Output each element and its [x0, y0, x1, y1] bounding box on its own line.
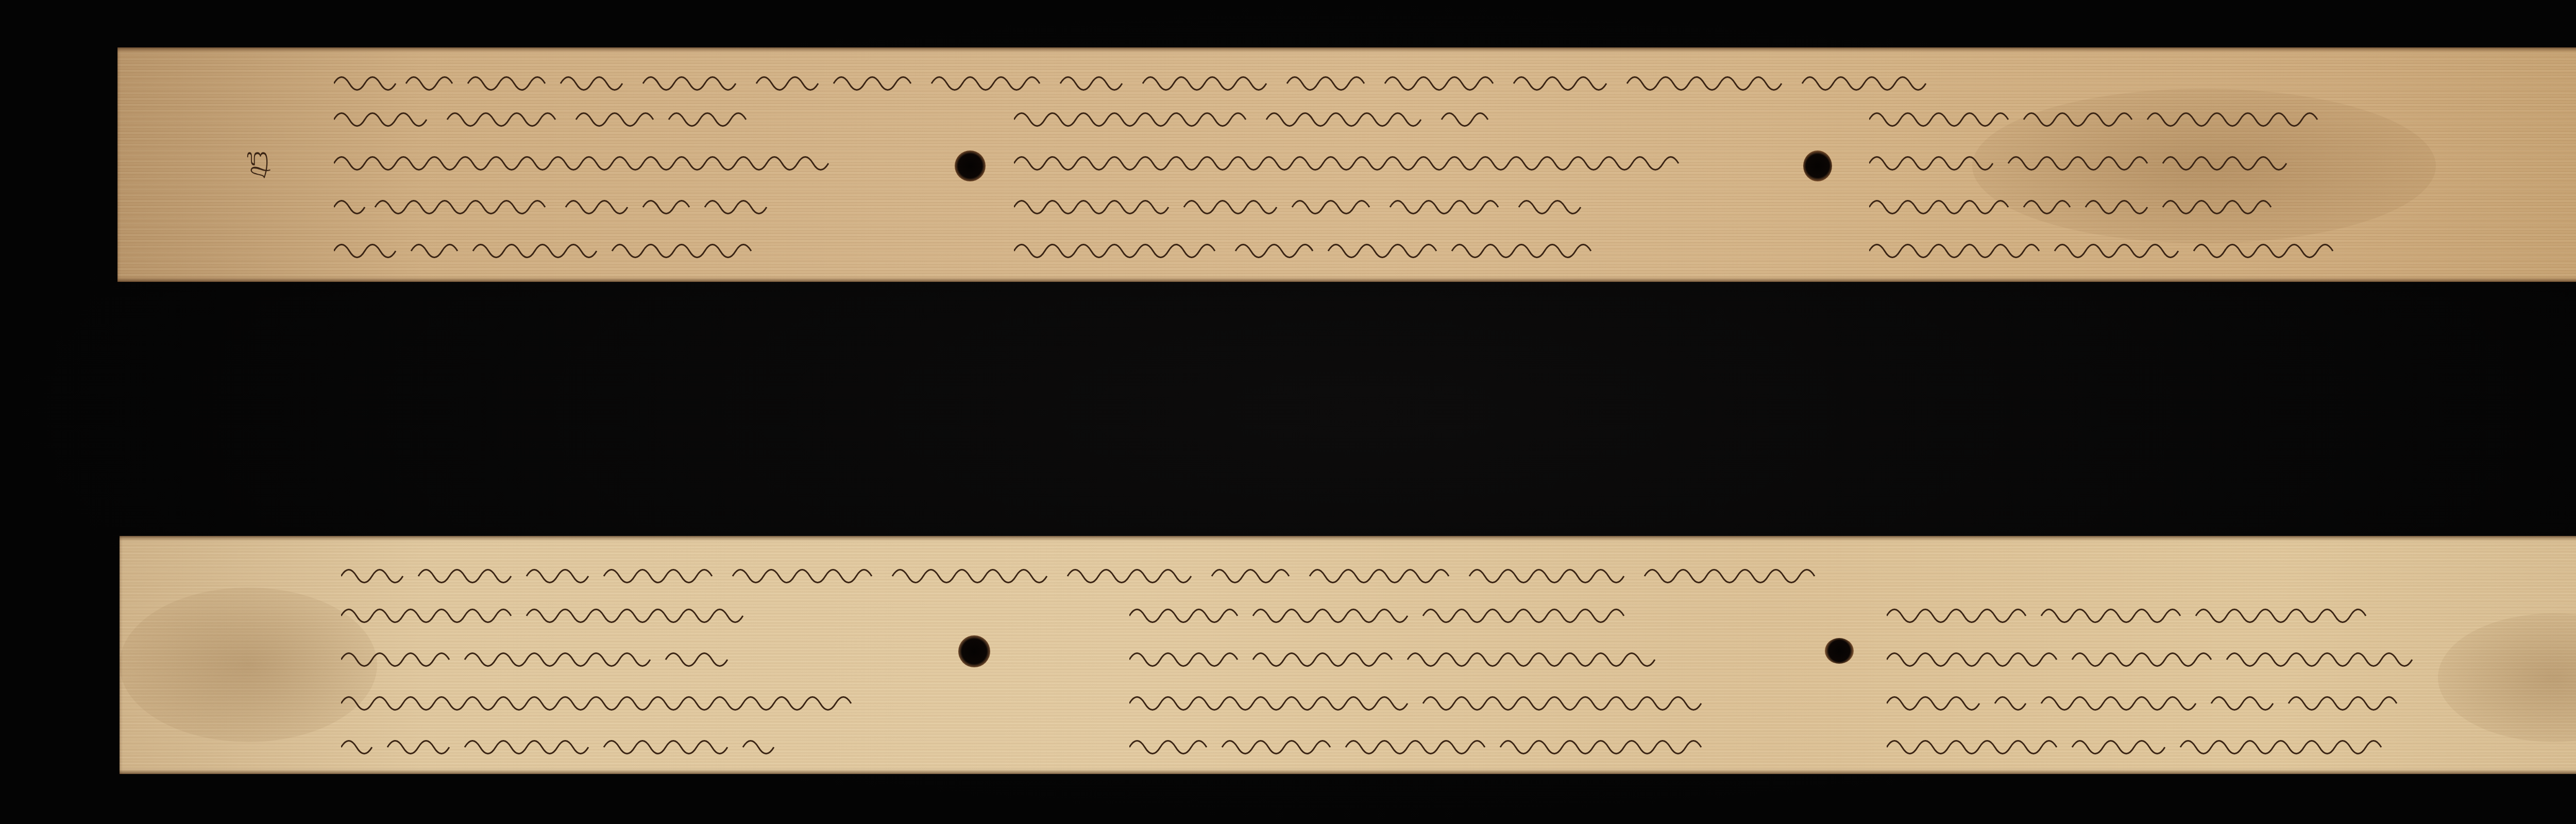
text-column-left — [341, 598, 923, 768]
text-column-right — [1869, 102, 2472, 272]
binding-hole-left — [955, 150, 986, 181]
binding-hole-right — [1803, 150, 1832, 181]
leaf-number-marker: ᭒ — [246, 145, 269, 169]
palm-leaf-top: Five lines of incised Balinese script sp… — [117, 47, 2576, 282]
text-line-1 — [334, 63, 2472, 99]
text-line-1 — [341, 556, 2469, 592]
binding-hole-right — [1825, 638, 1854, 664]
leaf-stain — [120, 587, 377, 742]
text-column-center — [1014, 102, 1771, 272]
text-column-center — [1129, 598, 1794, 768]
text-column-right — [1887, 598, 2469, 768]
palm-leaf-bottom: Five lines of incised Balinese script sp… — [120, 536, 2576, 774]
binding-hole-left — [958, 635, 990, 667]
text-column-left — [334, 102, 916, 272]
